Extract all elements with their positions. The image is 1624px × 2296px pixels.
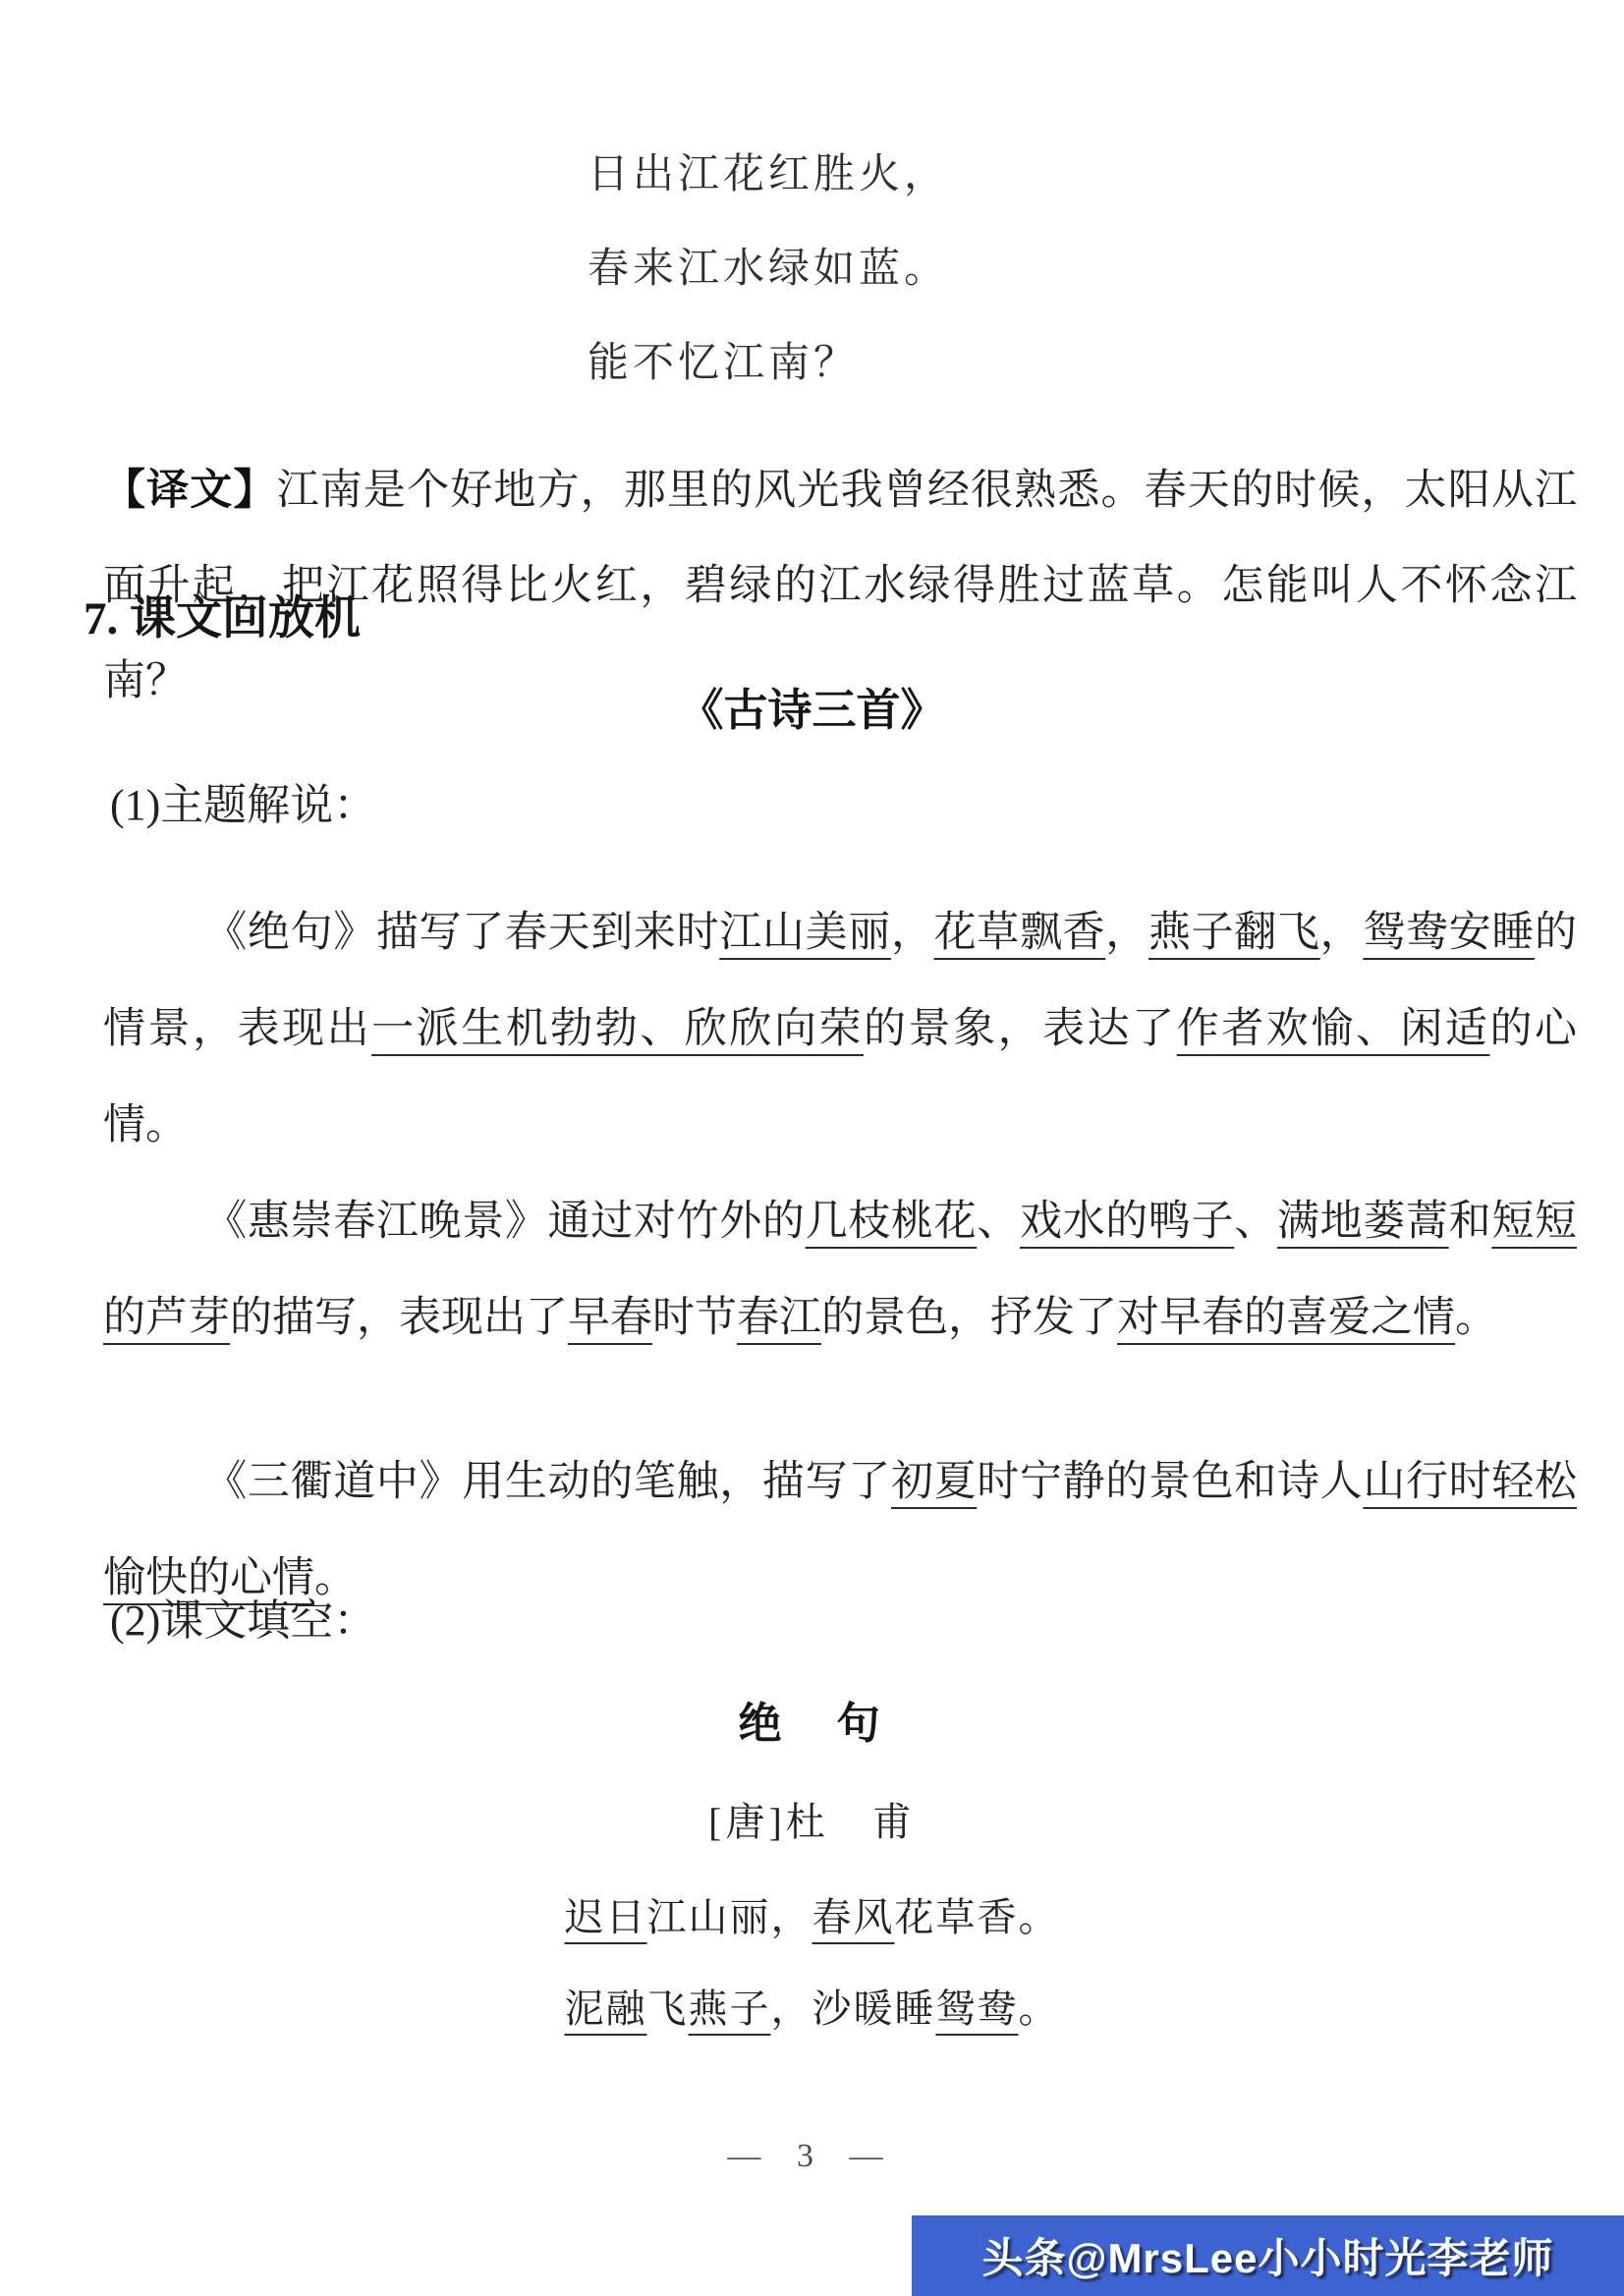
theme-paragraph-jueju: 《绝句》描写了春天到来时江山美丽，花草飘香，燕子翻飞，鸳鸯安睡的情景，表现出一派…: [103, 885, 1577, 1174]
scanned-worksheet-page: 日出江花红胜火， 春来江水绿如蓝。 能不忆江南？ 【译文】江南是个好地方，那里的…: [0, 0, 1624, 2296]
watermark-text: 头条@MrsLee小小时光李老师: [981, 2226, 1553, 2285]
jiangnan-poem-line-1: 日出江花红胜火，: [588, 128, 949, 222]
poem-author: [唐]杜 甫: [0, 1790, 1624, 1855]
jiangnan-poem: 日出江花红胜火， 春来江水绿如蓝。 能不忆江南？: [588, 128, 949, 411]
poem-line-2: 泥融飞燕子，沙暖睡鸳鸯。: [0, 1963, 1624, 2054]
theme-label: (1)主题解说：: [110, 771, 376, 840]
collection-title: 《古诗三首》: [0, 676, 1624, 745]
section-heading: 7. 课文回放机: [84, 585, 361, 653]
jiangnan-poem-line-2: 春来江水绿如蓝。: [588, 222, 949, 316]
page-number: — 3 —: [0, 2132, 1624, 2181]
poem-body: 迟日江山丽，春风花草香。 泥融飞燕子，沙暖睡鸳鸯。: [0, 1872, 1624, 2054]
poem-line-1: 迟日江山丽，春风花草香。: [0, 1872, 1624, 1963]
watermark-banner: 头条@MrsLee小小时光李老师: [912, 2215, 1624, 2296]
fill-in-label: (2)课文填空：: [110, 1587, 376, 1655]
translation-label: 【译文】: [103, 468, 277, 514]
theme-paragraph-huichong: 《惠崇春江晚景》通过对竹外的几枝桃花、戏水的鸭子、满地蒌蒿和短短的芦芽的描写，表…: [103, 1174, 1577, 1367]
poem-title: 绝 句: [0, 1690, 1624, 1759]
jiangnan-poem-line-3: 能不忆江南？: [588, 316, 949, 411]
